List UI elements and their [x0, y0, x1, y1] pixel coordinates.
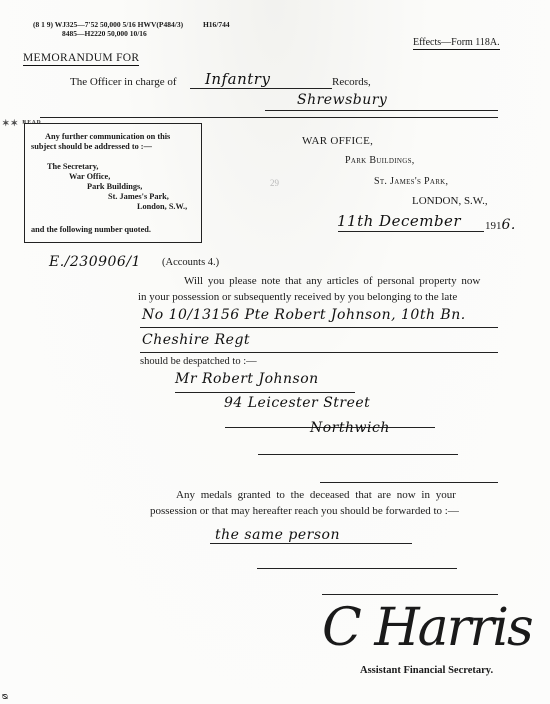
signature: C Harris	[322, 598, 532, 658]
recipient-name-underline	[175, 392, 355, 393]
location-handwritten: Shrewsbury	[297, 92, 387, 108]
blank-line-2	[422, 482, 498, 483]
officer-unit-handwritten: Infantry	[205, 70, 270, 88]
sender-building: Park Buildings,	[345, 155, 415, 166]
reference-dept: (Accounts 4.)	[162, 257, 219, 268]
memo-title: MEMORANDUM FOR	[23, 52, 139, 66]
medals-recipient: the same person	[215, 527, 340, 543]
box-line-3: The Secretary,	[47, 162, 98, 172]
print-reference: (8 1 9) WJ325—7'52 50,000 5/16 HWV(P484/…	[33, 21, 230, 38]
year-printed: 191	[485, 220, 502, 232]
soldier-details-line1: No 10/13156 Pte Robert Johnson, 10th Bn.	[142, 307, 466, 323]
para1-line2: in your possession or subsequently recei…	[138, 291, 457, 303]
officer-prefix: The Officer in charge of	[70, 76, 177, 88]
recipient-town: Northwich	[310, 420, 390, 436]
date-underline	[338, 231, 484, 232]
header-rule	[40, 117, 498, 118]
box-line-2: subject should be addressed to :—	[31, 142, 152, 152]
unit-underline	[190, 88, 332, 89]
year-handwritten: 6.	[502, 217, 516, 233]
sender-city: LONDON, S.W.,	[412, 195, 488, 207]
recipient-town-underline	[258, 454, 458, 455]
memorandum-document: (8 1 9) WJ325—7'52 50,000 5/16 HWV(P484/…	[0, 0, 550, 704]
signature-top-line	[322, 594, 498, 595]
faint-mark: 29	[270, 178, 279, 188]
return-address-box: Any further communication on this subjec…	[24, 123, 202, 243]
box-line-6: St. James's Park,	[108, 192, 169, 202]
officer-suffix: Records,	[332, 76, 371, 88]
para2-line1: Any medals granted to the deceased that …	[176, 489, 456, 501]
medals-blank-line	[257, 568, 457, 569]
box-line-5: Park Buildings,	[87, 182, 142, 192]
recipient-name: Mr Robert Johnson	[175, 371, 319, 387]
sender-org: WAR OFFICE,	[302, 135, 373, 147]
para1-line1: Will you please note that any articles o…	[184, 275, 480, 287]
box-line-8: and the following number quoted.	[31, 225, 151, 235]
soldier-underline-1	[140, 327, 498, 328]
print-line-1-right: H16/744	[203, 21, 230, 30]
medals-underline	[210, 543, 412, 544]
corner-mark: ᴓ	[2, 690, 8, 702]
location-underline	[265, 110, 498, 111]
soldier-details-line2: Cheshire Regt	[142, 332, 250, 348]
print-line-2: 8485—H2220 50,000 10/16	[62, 30, 147, 39]
soldier-underline-2	[140, 352, 498, 353]
sender-street: St. James's Park,	[374, 176, 448, 187]
box-line-1: Any further communication on this	[45, 132, 170, 142]
form-reference: Effects—Form 118A.	[413, 37, 500, 50]
despatch-label: should be despatched to :—	[140, 356, 257, 367]
recipient-street: 94 Leicester Street	[224, 395, 370, 411]
box-line-4: War Office,	[69, 172, 110, 182]
box-line-7: London, S.W.,	[137, 202, 187, 212]
reference-number: E./230906/1	[49, 254, 141, 270]
date-handwritten: 11th December	[337, 212, 461, 230]
signatory-title: Assistant Financial Secretary.	[360, 665, 493, 676]
para2-line2: possession or that may hereafter reach y…	[150, 505, 459, 517]
date-year: 1916.	[485, 217, 516, 233]
